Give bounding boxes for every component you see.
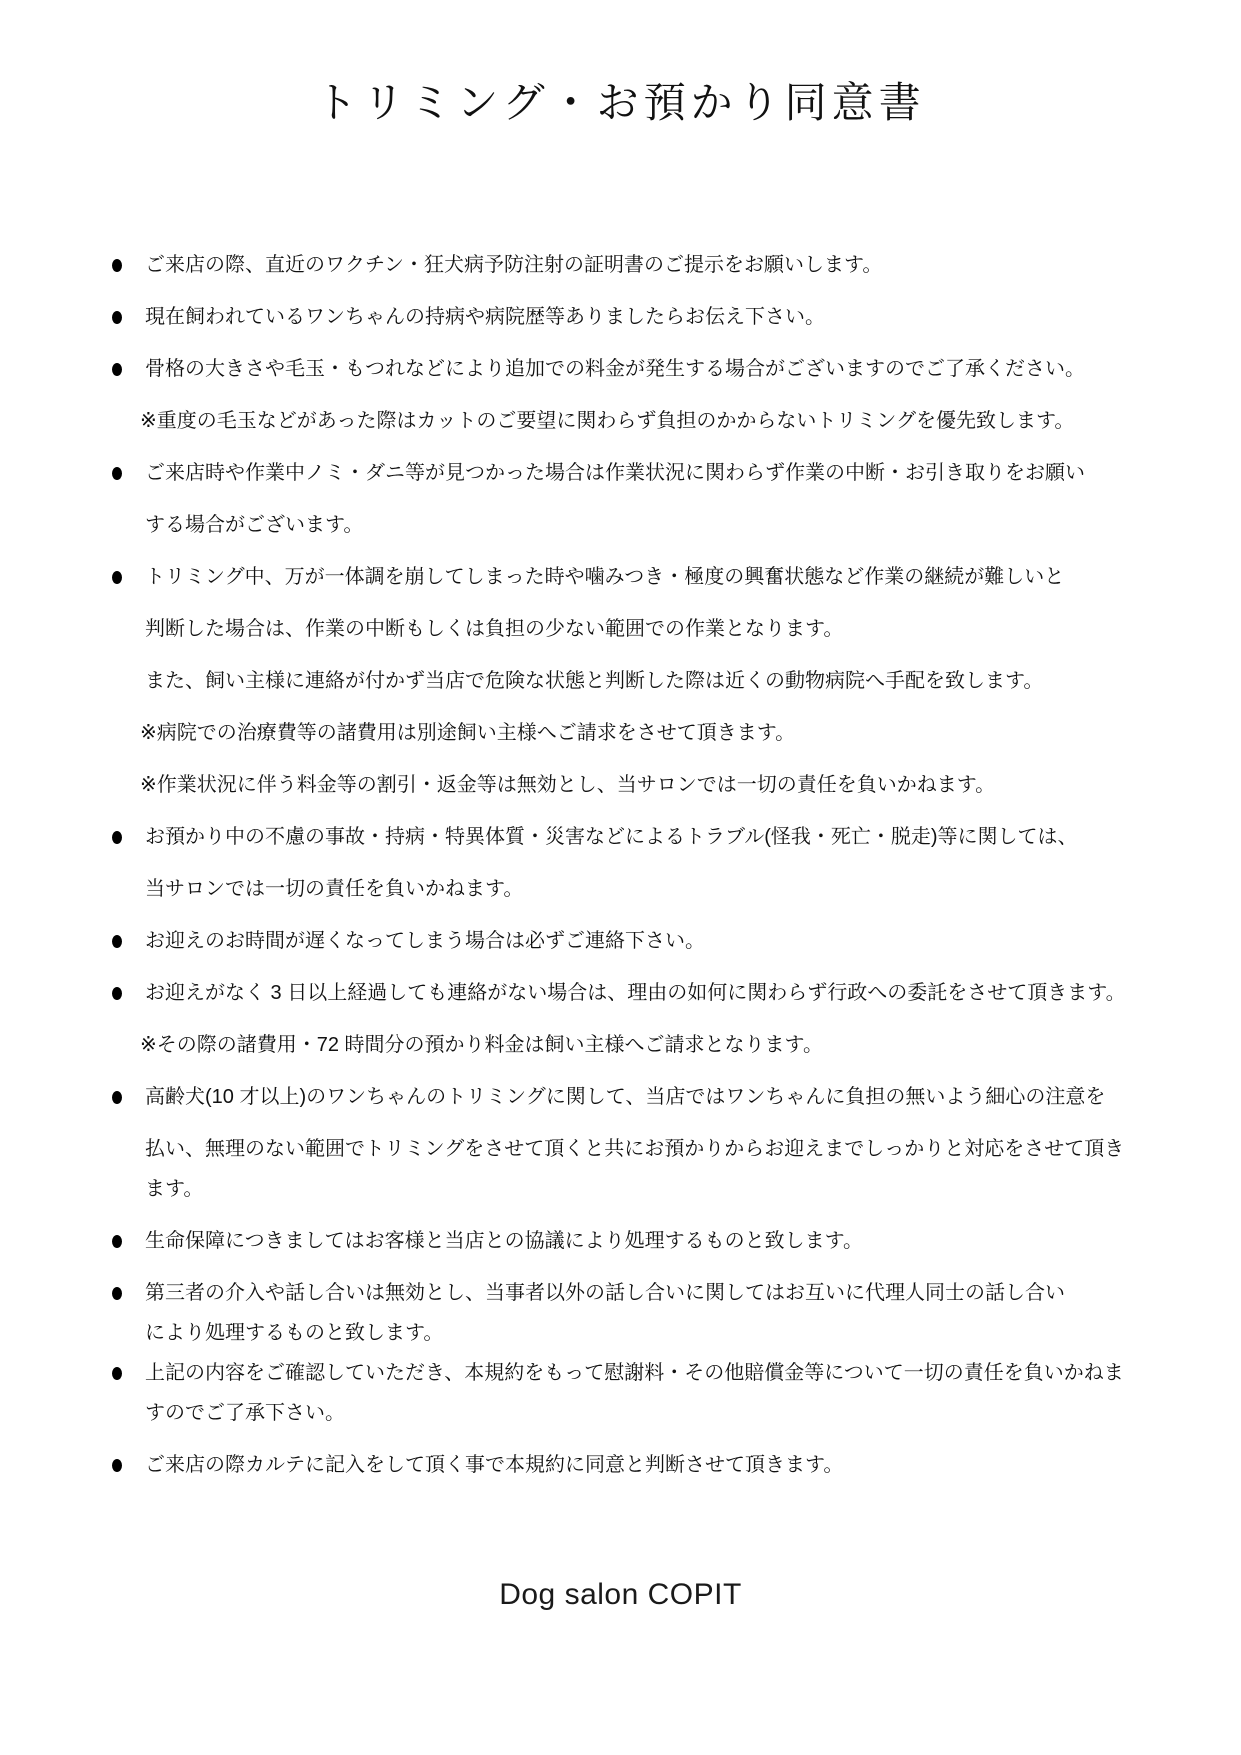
list-item: 骨格の大きさや毛玉・もつれなどにより追加での料金が発生する場合がございますのでご…	[0, 352, 1241, 386]
terms-list: ご来店の際、直近のワクチン・狂犬病予防注射の証明書のご提示をお願いします。現在飼…	[0, 248, 1241, 1482]
item-text: ご来店時や作業中ノミ・ダニ等が見つかった場合は作業状況に関わらず作業の中断・お引…	[145, 463, 1085, 483]
item-text: トリミング中、万が一体調を崩してしまった時や噛みつき・極度の興奮状態など作業の継…	[145, 567, 1064, 587]
bullet-icon	[112, 987, 122, 1000]
list-item-continuation: 当サロンでは一切の責任を負いかねます。	[0, 872, 1241, 906]
list-item: ご来店の際、直近のワクチン・狂犬病予防注射の証明書のご提示をお願いします。	[0, 248, 1241, 282]
list-item-continuation: また、飼い主様に連絡が付かず当店で危険な状態と判断した際は近くの動物病院へ手配を…	[0, 664, 1241, 698]
item-text: 当サロンでは一切の責任を負いかねます。	[145, 879, 523, 899]
item-text: すのでご了承下さい。	[145, 1403, 345, 1423]
page-title: トリミング・お預かり同意書	[0, 0, 1241, 130]
salon-name: Dog salon COPIT	[0, 1578, 1241, 1612]
item-text: により処理するものと致します。	[145, 1323, 443, 1343]
list-item: お迎えのお時間が遅くなってしまう場合は必ずご連絡下さい。	[0, 924, 1241, 958]
document-page: トリミング・お預かり同意書 ご来店の際、直近のワクチン・狂犬病予防注射の証明書の…	[0, 0, 1241, 1755]
item-text: ご来店の際、直近のワクチン・狂犬病予防注射の証明書のご提示をお願いします。	[145, 255, 882, 275]
list-item: 生命保障につきましてはお客様と当店との協議により処理するものと致します。	[0, 1224, 1241, 1258]
bullet-icon	[112, 1459, 122, 1472]
item-text: お迎えのお時間が遅くなってしまう場合は必ずご連絡下さい。	[145, 931, 705, 951]
bullet-icon	[112, 571, 122, 584]
list-item: ご来店の際カルテに記入をして頂く事で本規約に同意と判断させて頂きます。	[0, 1448, 1241, 1482]
list-item-continuation: ※その際の諸費用・72 時間分の預かり料金は飼い主様へご請求となります。	[0, 1028, 1241, 1062]
bullet-icon	[112, 311, 122, 324]
bullet-icon	[112, 1091, 122, 1104]
bullet-icon	[112, 259, 122, 272]
item-text: お迎えがなく 3 日以上経過しても連絡がない場合は、理由の如何に関わらず行政への…	[145, 983, 1126, 1003]
list-item: 上記の内容をご確認していただき、本規約をもって慰謝料・その他賠償金等について一切…	[0, 1356, 1241, 1390]
list-item: 高齢犬(10 才以上)のワンちゃんのトリミングに関して、当店ではワンちゃんに負担…	[0, 1080, 1241, 1114]
item-text: 上記の内容をご確認していただき、本規約をもって慰謝料・その他賠償金等について一切…	[145, 1363, 1124, 1383]
bullet-icon	[112, 467, 122, 480]
bullet-icon	[112, 831, 122, 844]
item-text: 判断した場合は、作業の中断もしくは負担の少ない範囲での作業となります。	[145, 619, 843, 639]
list-item: トリミング中、万が一体調を崩してしまった時や噛みつき・極度の興奮状態など作業の継…	[0, 560, 1241, 594]
item-text: ※重度の毛玉などがあった際はカットのご要望に関わらず負担のかからないトリミングを…	[140, 411, 1074, 431]
list-item: お預かり中の不慮の事故・持病・特異体質・災害などによるトラブル(怪我・死亡・脱走…	[0, 820, 1241, 854]
list-item-continuation: ※重度の毛玉などがあった際はカットのご要望に関わらず負担のかからないトリミングを…	[0, 404, 1241, 438]
item-text: 骨格の大きさや毛玉・もつれなどにより追加での料金が発生する場合がございますのでご…	[145, 359, 1085, 379]
list-item-continuation: により処理するものと致します。	[0, 1316, 1241, 1350]
list-item-continuation: すのでご了承下さい。	[0, 1396, 1241, 1430]
list-item-continuation: ます。	[0, 1172, 1241, 1206]
list-item-continuation: 判断した場合は、作業の中断もしくは負担の少ない範囲での作業となります。	[0, 612, 1241, 646]
item-text: 払い、無理のない範囲でトリミングをさせて頂くと共にお預かりからお迎えまでしっかり…	[145, 1139, 1124, 1159]
bullet-icon	[112, 1235, 122, 1248]
bullet-icon	[112, 363, 122, 376]
list-item: ご来店時や作業中ノミ・ダニ等が見つかった場合は作業状況に関わらず作業の中断・お引…	[0, 456, 1241, 490]
bullet-icon	[112, 935, 122, 948]
bullet-icon	[112, 1287, 122, 1300]
item-text: ※病院での治療費等の諸費用は別途飼い主様へご請求をさせて頂きます。	[140, 723, 795, 743]
list-item-continuation: する場合がございます。	[0, 508, 1241, 542]
item-text: お預かり中の不慮の事故・持病・特異体質・災害などによるトラブル(怪我・死亡・脱走…	[145, 827, 1078, 847]
item-text: 高齢犬(10 才以上)のワンちゃんのトリミングに関して、当店ではワンちゃんに負担…	[145, 1087, 1105, 1107]
list-item-continuation: ※作業状況に伴う料金等の割引・返金等は無効とし、当サロンでは一切の責任を負いかね…	[0, 768, 1241, 802]
list-item: お迎えがなく 3 日以上経過しても連絡がない場合は、理由の如何に関わらず行政への…	[0, 976, 1241, 1010]
list-item-continuation: 払い、無理のない範囲でトリミングをさせて頂くと共にお預かりからお迎えまでしっかり…	[0, 1132, 1241, 1166]
item-text: 現在飼われているワンちゃんの持病や病院歴等ありましたらお伝え下さい。	[145, 307, 825, 327]
item-text: する場合がございます。	[145, 515, 363, 535]
list-item-continuation: ※病院での治療費等の諸費用は別途飼い主様へご請求をさせて頂きます。	[0, 716, 1241, 750]
bullet-icon	[112, 1367, 122, 1380]
item-text: 第三者の介入や話し合いは無効とし、当事者以外の話し合いに関してはお互いに代理人同…	[145, 1283, 1065, 1303]
list-item: 現在飼われているワンちゃんの持病や病院歴等ありましたらお伝え下さい。	[0, 300, 1241, 334]
list-item: 第三者の介入や話し合いは無効とし、当事者以外の話し合いに関してはお互いに代理人同…	[0, 1276, 1241, 1310]
item-text: ます。	[145, 1179, 203, 1199]
item-text: ※作業状況に伴う料金等の割引・返金等は無効とし、当サロンでは一切の責任を負いかね…	[140, 775, 995, 795]
item-text: ご来店の際カルテに記入をして頂く事で本規約に同意と判断させて頂きます。	[145, 1455, 843, 1475]
item-text: また、飼い主様に連絡が付かず当店で危険な状態と判断した際は近くの動物病院へ手配を…	[145, 671, 1043, 691]
item-text: 生命保障につきましてはお客様と当店との協議により処理するものと致します。	[145, 1231, 863, 1251]
item-text: ※その際の諸費用・72 時間分の預かり料金は飼い主様へご請求となります。	[140, 1035, 823, 1055]
